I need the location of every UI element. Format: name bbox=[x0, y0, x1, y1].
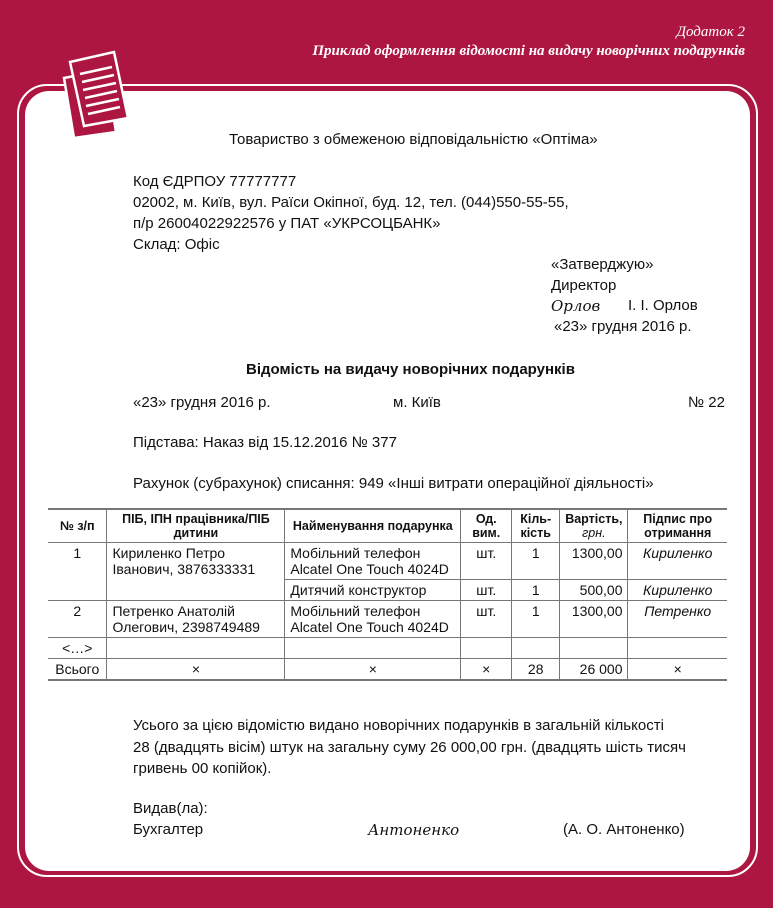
summary-line-2: 28 (двадцять вісім) штук на загальну сум… bbox=[133, 739, 686, 756]
company-address: 02002, м. Київ, вул. Раїси Окіпної, буд.… bbox=[133, 194, 569, 211]
page-header: Додаток 2 Приклад оформлення відомості н… bbox=[312, 24, 745, 60]
table-total-row: Всього × × × 28 26 000 × bbox=[48, 659, 727, 681]
approval-position: Директор bbox=[551, 277, 616, 294]
header-gift: Найменування подарунка bbox=[285, 509, 461, 543]
company-warehouse: Склад: Офіс bbox=[133, 236, 220, 253]
director-signature: Орлов bbox=[551, 297, 600, 315]
document-city: м. Київ bbox=[393, 394, 441, 411]
approval-label: «Затверджую» bbox=[551, 256, 653, 273]
header-signature: Підпис про отримання bbox=[628, 509, 727, 543]
company-account: п/р 26004022922576 у ПАТ «УКРСОЦБАНК» bbox=[133, 215, 441, 232]
accountant-name: (А. О. Антоненко) bbox=[563, 821, 685, 838]
document-basis: Підстава: Наказ від 15.12.2016 № 377 bbox=[133, 434, 397, 451]
summary-line-1: Усього за цією відомістю видано новорічн… bbox=[133, 717, 664, 734]
header-unit: Од. вим. bbox=[461, 509, 512, 543]
header-cost: Вартість,грн. bbox=[560, 509, 628, 543]
document-date: «23» грудня 2016 р. bbox=[133, 394, 271, 411]
approval-date: «23» грудня 2016 р. bbox=[554, 318, 692, 335]
header-no: № з/п bbox=[48, 509, 107, 543]
appendix-label: Додаток 2 bbox=[312, 24, 745, 41]
document-icon bbox=[56, 48, 136, 140]
director-name: І. І. Орлов bbox=[628, 297, 698, 314]
accountant-signature: Антоненко bbox=[368, 821, 459, 839]
table-ellipsis-row: <…> bbox=[48, 638, 727, 659]
table-row: 2 Петренко Анатолій Олегович, 2398749489… bbox=[48, 601, 727, 638]
summary-line-3: гривень 00 копійок). bbox=[133, 760, 271, 777]
company-edrpou: Код ЄДРПОУ 77777777 bbox=[133, 173, 296, 190]
table-row: 1 Кириленко Петро Іванович, 3876333331 М… bbox=[48, 543, 727, 580]
table-header-row: № з/п ПІБ, ІПН працівника/ПІБ дитини Най… bbox=[48, 509, 727, 543]
document-number: № 22 bbox=[688, 394, 725, 411]
header-qty: Кіль-кість bbox=[512, 509, 560, 543]
header-person: ПІБ, ІПН працівника/ПІБ дитини bbox=[107, 509, 285, 543]
issued-position: Бухгалтер bbox=[133, 821, 203, 838]
document-title: Відомість на видачу новорічних подарункі… bbox=[246, 361, 575, 378]
header-title: Приклад оформлення відомості на видачу н… bbox=[312, 43, 745, 60]
company-name: Товариство з обмеженою відповідальністю … bbox=[229, 131, 598, 148]
document-account: Рахунок (субрахунок) списання: 949 «Інші… bbox=[133, 475, 654, 492]
issued-label: Видав(ла): bbox=[133, 800, 208, 817]
gifts-table: № з/п ПІБ, ІПН працівника/ПІБ дитини Най… bbox=[48, 508, 727, 681]
